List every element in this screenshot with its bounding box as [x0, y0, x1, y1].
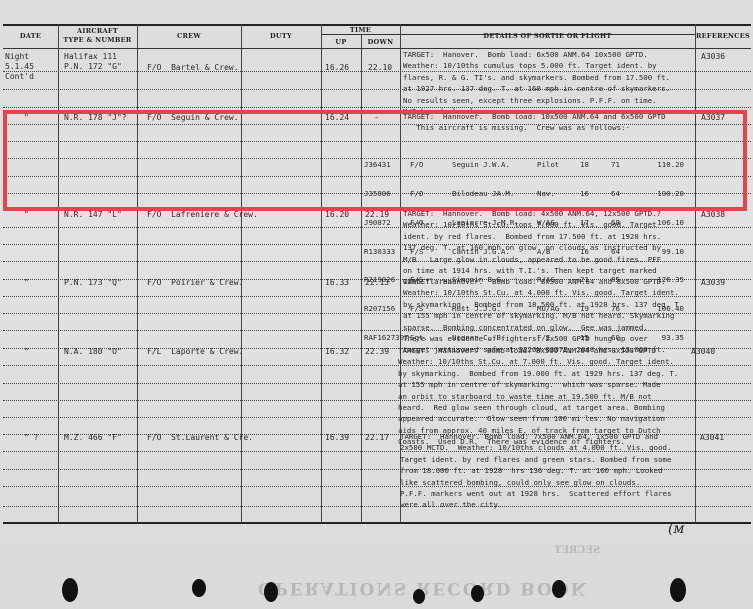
col-rule — [321, 24, 322, 523]
crew-role: Pilot — [537, 160, 564, 170]
row-time-down: 22.10 — [368, 63, 392, 73]
crew-rank: F/O — [410, 189, 437, 199]
row-time-up: 16.20 — [325, 210, 349, 220]
header-aircraft: Aircraft — [58, 27, 137, 35]
row-time-down: 22.13 — [365, 278, 389, 288]
crew-hours-value: 110.20 — [644, 160, 684, 170]
row-aircraft: P.N. 173 "Q" — [64, 278, 122, 288]
crew-number: RAF1627307 — [364, 333, 409, 343]
row-date: " — [24, 347, 29, 357]
crew-number: J35006 — [364, 189, 409, 199]
crew-name: Seguin J.W.A. — [452, 160, 519, 170]
row-aircraft: N.A. 180 "O" — [64, 347, 122, 357]
row-date: " — [24, 210, 29, 220]
header-time-up: Up — [321, 38, 361, 46]
row-reference: A3036 — [701, 52, 725, 62]
binding-hole — [264, 582, 278, 602]
row-time-up: 16.39 — [325, 433, 349, 443]
initials-signature: (ᴍ — [668, 521, 684, 537]
header-references: References — [695, 32, 751, 40]
row-aircraft: N.R. 147 "L" — [64, 210, 122, 220]
row-reference: A3040 — [691, 347, 715, 357]
col-rule — [695, 24, 696, 523]
row-date: " — [24, 278, 29, 288]
row-details: TARGET: Hannover. Bomb load: 10x500 ANM.… — [403, 111, 666, 134]
row-aircraft: N.R. 178 "J"? — [64, 113, 127, 123]
row-time-up: 16.32 — [325, 347, 349, 357]
crew-numbers: J36431 J35006 J90872 R130333 R219026 R20… — [364, 141, 409, 362]
row-crew: F/O Bartel & Crew. — [147, 63, 239, 73]
row-date: Night 5.1.45 Cont'd — [5, 52, 34, 82]
row-reference: A3041 — [700, 433, 724, 443]
col-rule — [58, 24, 59, 523]
crew-ops-value: 64 — [611, 189, 638, 199]
crew-sorties-value: 16 — [580, 189, 607, 199]
row-time-down: 22.19 — [365, 210, 389, 220]
row-details: TARGET: Hanover. Bomb load: 6x500 ANM.64… — [403, 49, 670, 117]
binding-hole — [413, 589, 425, 604]
row-time-down: 22.39 — [365, 347, 389, 357]
row-date: " — [24, 113, 29, 123]
row-crew: F/L Laporte & Crew. — [147, 347, 243, 357]
binding-hole — [670, 578, 686, 602]
row-time-up: 16.33 — [325, 278, 349, 288]
crew-hours-value: 100.20 — [644, 189, 684, 199]
header-time: Time — [321, 26, 400, 34]
col-rule — [137, 24, 138, 523]
col-rule — [241, 24, 242, 523]
header-date: Date — [3, 32, 58, 40]
row-details: TARGET: Hannover. Bomb load: 7x500 ANM.6… — [400, 431, 671, 511]
crew-name: Bilodeau JA.M. — [452, 189, 519, 199]
row-crew: F/O Poirier & Crew. — [147, 278, 243, 288]
crew-rank: F/O — [410, 160, 437, 170]
header-duty: Duty — [241, 32, 321, 40]
row-time-up: 16.24 — [325, 113, 349, 123]
row-reference: A3038 — [701, 210, 725, 220]
crew-role: Nav. — [537, 189, 564, 199]
table-bottom-rule — [3, 522, 751, 524]
row-time-down: - — [374, 113, 379, 123]
row-time-down: 22.17 — [365, 433, 389, 443]
crew-number: R130333 — [364, 247, 409, 257]
row-aircraft: M.Z. 466 "F" — [64, 433, 122, 443]
crew-ops-value: 71 — [611, 160, 638, 170]
row-reference: A3039 — [701, 278, 725, 288]
row-time-up: 16.26 — [325, 63, 349, 73]
operations-record-page: Date Aircraft Type & Number Crew Duty Ti… — [0, 0, 753, 609]
row-crew: F/O St.Laurent & Cre. — [147, 433, 253, 443]
header-details: Details of Sortie or Flight — [400, 32, 695, 40]
binding-hole — [552, 580, 566, 598]
col-rule — [361, 34, 362, 523]
crew-number: R207156 — [364, 304, 409, 314]
row-aircraft: Halifax 111 P.N. 172 "G" — [64, 52, 122, 72]
row-crew: F/O Seguin & Crew. — [147, 113, 239, 123]
binding-hole — [62, 578, 78, 602]
header-time-down: Down — [361, 38, 400, 46]
binding-hole — [192, 579, 206, 597]
header-aircraft-sub: Type & Number — [58, 36, 137, 44]
secret-stamp: SECRET — [554, 545, 600, 556]
binding-hole — [471, 585, 484, 602]
header-crew: Crew — [137, 32, 241, 40]
crew-number: J36431 — [364, 160, 409, 170]
row-reference: A3037 — [701, 113, 725, 123]
crew-sorties-value: 18 — [580, 160, 607, 170]
row-crew: F/O Lafreniere & Crew. — [147, 210, 258, 220]
row-details: TARGET: Hannover. Bomb load: 8x500 ANM.6… — [403, 276, 683, 356]
row-date: " ? — [24, 433, 38, 443]
